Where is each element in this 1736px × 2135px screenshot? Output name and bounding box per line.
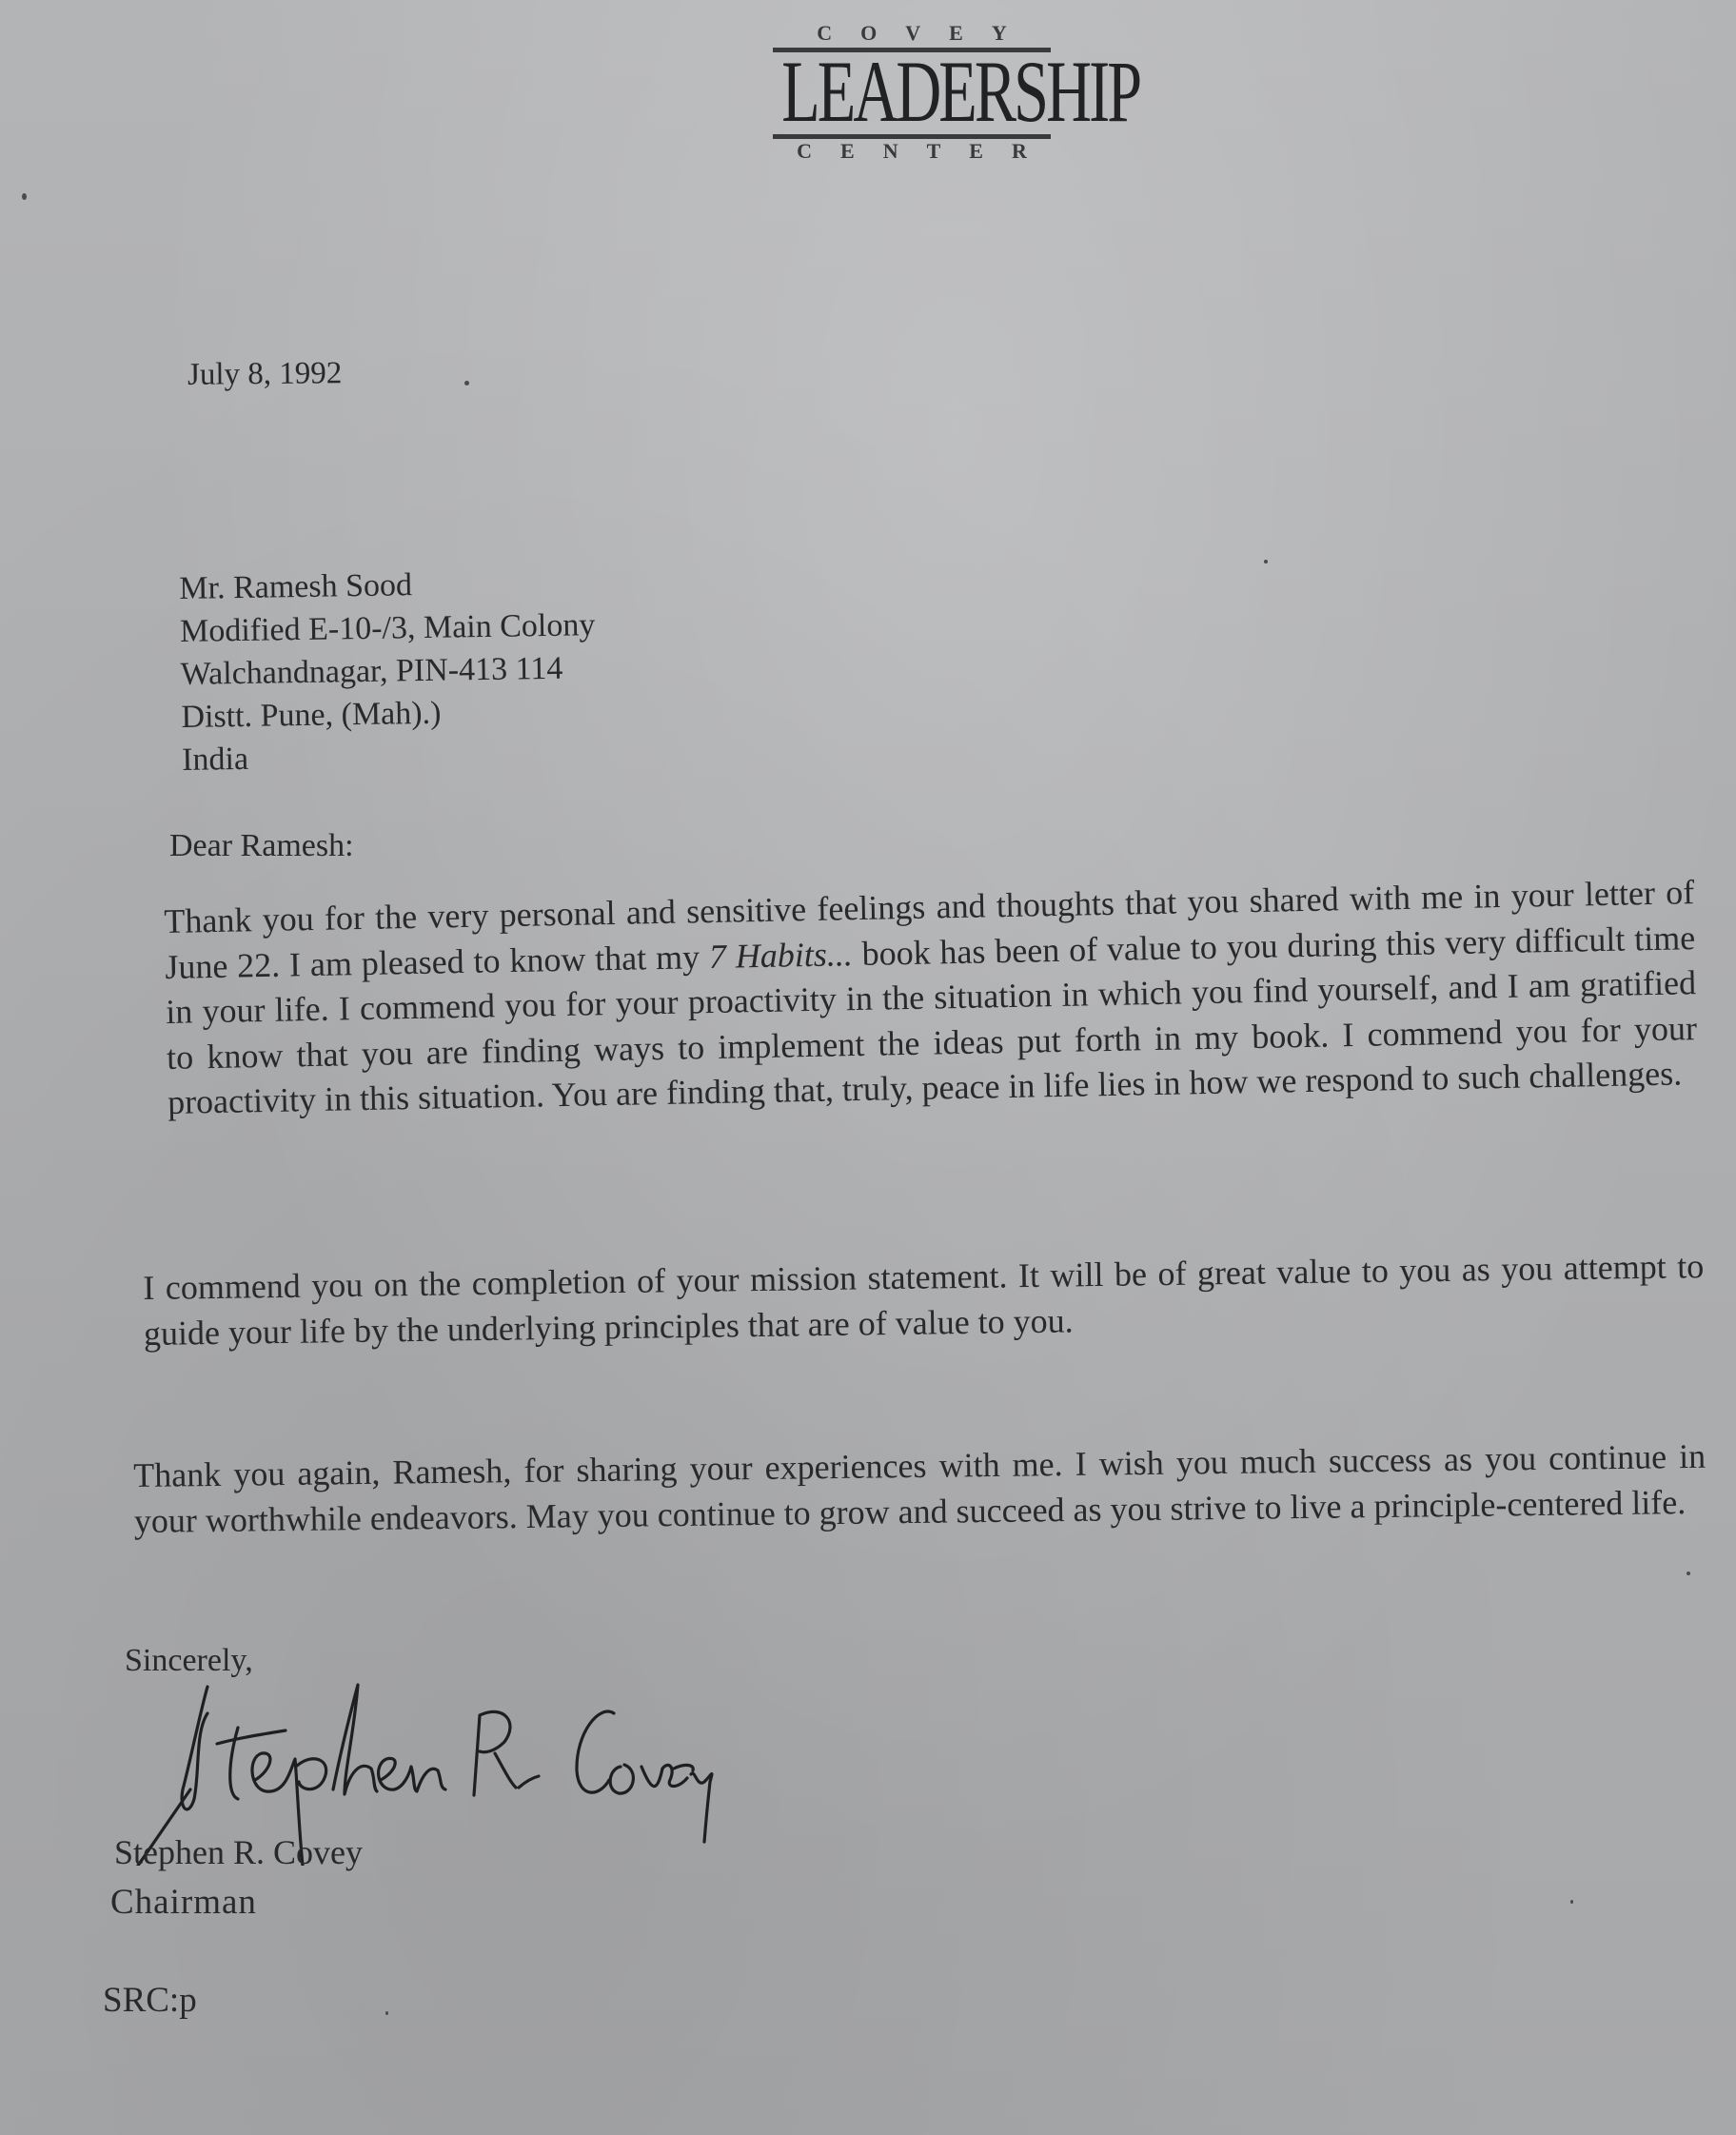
- paper-speck: [1570, 1900, 1573, 1904]
- salutation: Dear Ramesh:: [169, 828, 354, 864]
- address-line: Modified E-10-/3, Main Colony: [180, 603, 596, 653]
- paper-speck: [1264, 560, 1268, 563]
- book-title: 7 Habits...: [709, 935, 854, 976]
- body-paragraph-3: Thank you again, Ramesh, for sharing you…: [133, 1434, 1706, 1544]
- logo-bottom-word: CENTER: [731, 139, 1093, 164]
- letterhead-logo: COVEY LEADERSHIP CENTER: [731, 21, 1093, 164]
- paper-speck: [464, 381, 469, 385]
- closing: Sincerely,: [125, 1643, 253, 1679]
- logo-main-word: LEADERSHIP: [781, 50, 1042, 132]
- body-paragraph-1: Thank you for the very personal and sens…: [164, 870, 1698, 1125]
- body-paragraph-2: I commend you on the completion of your …: [143, 1244, 1705, 1356]
- paper-speck: [385, 2011, 388, 2015]
- letter-page: COVEY LEADERSHIP CENTER July 8, 1992 Mr.…: [0, 0, 1736, 2135]
- address-line: Walchandnagar, PIN-413 114: [180, 646, 596, 696]
- address-line: India: [182, 732, 598, 781]
- address-line: Distt. Pune, (Mah).): [181, 689, 597, 739]
- recipient-address: Mr. Ramesh Sood Modified E-10-/3, Main C…: [179, 561, 598, 781]
- letter-date: July 8, 1992: [187, 356, 343, 393]
- recipient-name: Mr. Ramesh Sood: [179, 561, 595, 610]
- signer-title: Chairman: [110, 1882, 257, 1923]
- reference-initials: SRC:p: [103, 1980, 197, 2021]
- paper-speck: [22, 193, 27, 200]
- signer-name: Stephen R. Covey: [114, 1832, 363, 1872]
- paper-speck: [1687, 1572, 1690, 1575]
